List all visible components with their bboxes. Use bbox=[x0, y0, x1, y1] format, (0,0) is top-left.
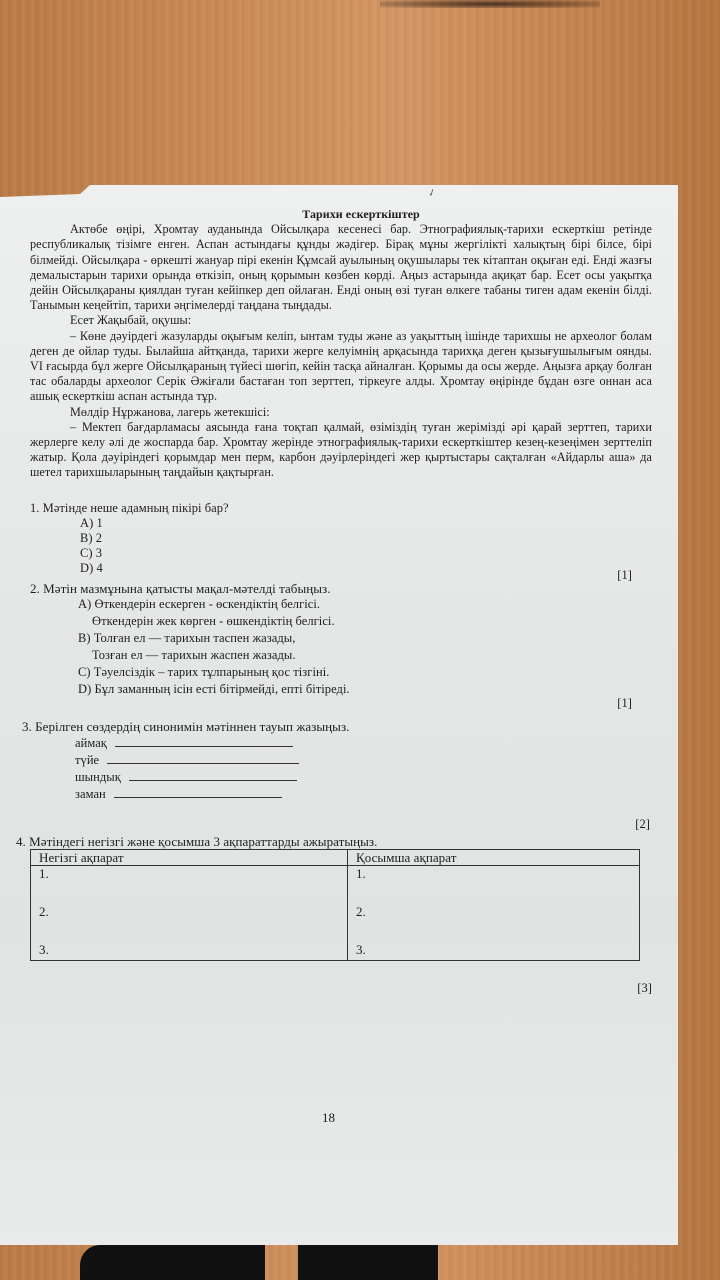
option-b[interactable]: B) 2 bbox=[80, 531, 652, 546]
table-row: 1. 1. bbox=[31, 866, 640, 905]
option-c[interactable]: C) Тәуелсіздік – тарих тұлпарының қос ті… bbox=[78, 664, 652, 681]
option-a[interactable]: A) Өткендерін ескерген - өскендіктің бел… bbox=[78, 596, 652, 613]
info-table: Негізгі ақпарат Қосымша ақпарат 1. 1. 2.… bbox=[30, 849, 640, 961]
dark-object-right bbox=[298, 1245, 438, 1280]
table-row: 2. 2. bbox=[31, 904, 640, 942]
speaker-2: Мөлдір Нұржанова, лагерь жетекшісі: bbox=[30, 405, 652, 420]
option-b-continued: Тозған ел — тарихын жаспен жазады. bbox=[78, 647, 652, 664]
option-b[interactable]: B) Толған ел — тарихын таспен жазады, bbox=[78, 630, 652, 647]
page-number: 18 bbox=[322, 1110, 335, 1126]
question-1-options: A) 1 B) 2 C) 3 D) 4 bbox=[80, 516, 652, 576]
synonym-row: түйе bbox=[75, 752, 652, 769]
option-a-continued: Өткендерін жек көрген - өшкендіктің белг… bbox=[78, 613, 652, 630]
synonym-word: шындық bbox=[75, 770, 121, 784]
synonym-row: аймақ bbox=[75, 735, 652, 752]
synonym-word: заман bbox=[75, 787, 106, 801]
synonym-row: шындық bbox=[75, 769, 652, 786]
document-title: Тарихи ескерткіштер bbox=[30, 207, 652, 222]
extra-info-cell[interactable]: 3. bbox=[348, 942, 640, 961]
header-main-info: Негізгі ақпарат bbox=[31, 850, 348, 866]
question-2-mark: [1] bbox=[30, 696, 652, 711]
question-3: 3. Берілген сөздердің синонимін мәтіннен… bbox=[22, 719, 652, 734]
table-row: 3. 3. bbox=[31, 942, 640, 961]
question-4-mark: [3] bbox=[30, 981, 652, 996]
main-info-cell[interactable]: 2. bbox=[31, 904, 348, 942]
synonym-word: аймақ bbox=[75, 736, 107, 750]
option-a[interactable]: A) 1 bbox=[80, 516, 652, 531]
option-c[interactable]: C) 3 bbox=[80, 546, 652, 561]
pen-mark-icon: ✓ bbox=[426, 187, 438, 200]
page-content: Тарихи ескерткіштер Актөбе өңірі, Хромта… bbox=[30, 207, 652, 996]
answer-line[interactable] bbox=[115, 735, 293, 747]
question-2-options: A) Өткендерін ескерген - өскендіктің бел… bbox=[78, 596, 652, 698]
intro-paragraph: Актөбе өңірі, Хромтау ауданында Ойсылқар… bbox=[30, 222, 652, 313]
exam-sheet: ✓ Тарихи ескерткіштер Актөбе өңірі, Хром… bbox=[0, 185, 678, 1245]
synonym-row: заман bbox=[75, 786, 652, 803]
desk-object-shadow bbox=[380, 0, 600, 8]
answer-line[interactable] bbox=[129, 769, 297, 781]
question-2: 2. Мәтін мазмұнына қатысты мақал-мәтелді… bbox=[30, 581, 652, 596]
quote-2: – Мектеп бағдарламасы аясында ғана тоқта… bbox=[30, 420, 652, 481]
dark-object-left bbox=[80, 1245, 265, 1280]
answer-line[interactable] bbox=[114, 786, 282, 798]
answer-line[interactable] bbox=[107, 752, 299, 764]
main-info-cell[interactable]: 1. bbox=[31, 866, 348, 905]
question-1: 1. Мәтінде неше адамның пікірі бар? bbox=[30, 501, 652, 516]
header-extra-info: Қосымша ақпарат bbox=[348, 850, 640, 866]
quote-1: – Көне дәуірдегі жазуларды оқығым келіп,… bbox=[30, 329, 652, 405]
main-info-cell[interactable]: 3. bbox=[31, 942, 348, 961]
question-4: 4. Мәтіндегі негізгі және қосымша 3 ақпа… bbox=[16, 834, 652, 849]
question-3-mark: [2] bbox=[30, 817, 652, 832]
synonym-list: аймақ түйе шындық заман bbox=[75, 735, 652, 803]
extra-info-cell[interactable]: 1. bbox=[348, 866, 640, 905]
extra-info-cell[interactable]: 2. bbox=[348, 904, 640, 942]
table-header-row: Негізгі ақпарат Қосымша ақпарат bbox=[31, 850, 640, 866]
synonym-word: түйе bbox=[75, 753, 99, 767]
speaker-1: Есет Жақыбай, оқушы: bbox=[30, 313, 652, 328]
